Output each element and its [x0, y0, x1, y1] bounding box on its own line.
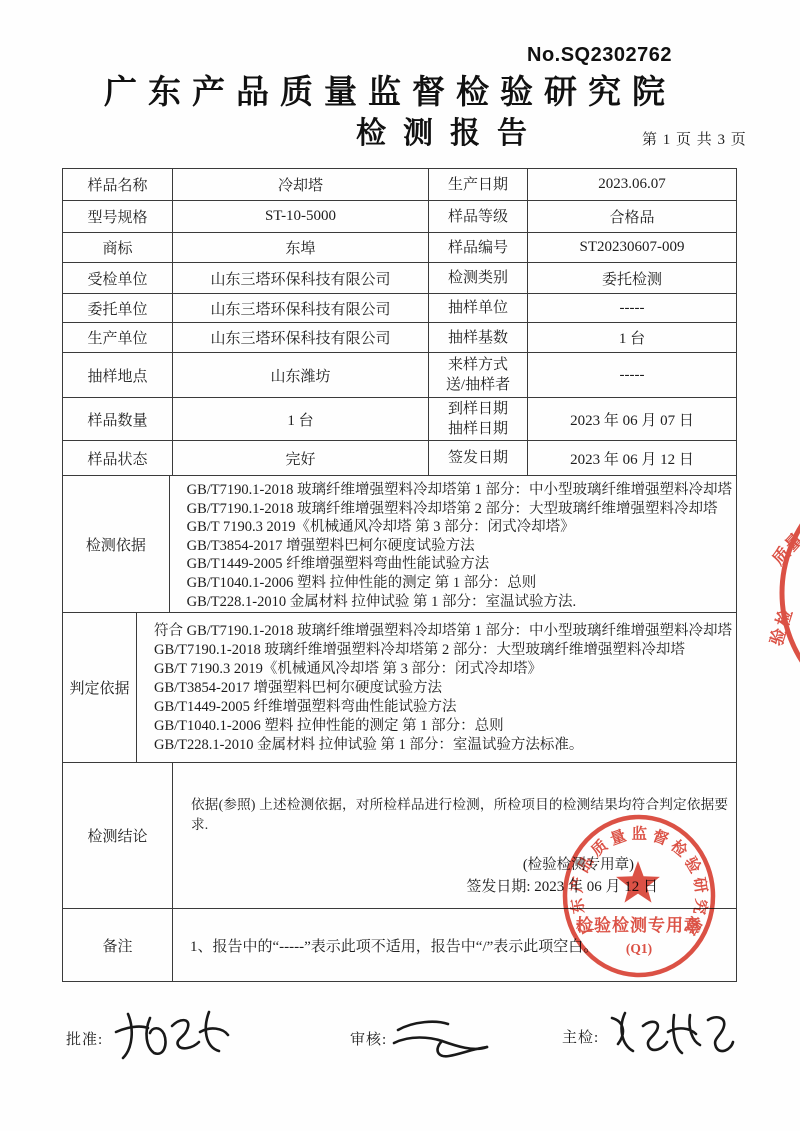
table-cell-value: -----	[528, 294, 736, 322]
standard-line: GB/T 7190.3 2019《机械通风冷却塔 第 3 部分：闭式冷却塔》	[187, 518, 732, 537]
table-cell-value: 委托检测	[528, 263, 736, 293]
table-cell-label: 来样方式 送/抽样者	[429, 353, 528, 397]
table-row: 生产单位山东三塔环保科技有限公司抽样基数1 台	[63, 323, 736, 353]
reviewer-signature	[390, 1014, 495, 1064]
page-number: 第 1 页 共 3 页	[642, 128, 747, 149]
table-cell-label: 生产日期	[429, 169, 528, 200]
standard-line: GB/T228.1-2010 金属材料 拉伸试验 第 1 部分：室温试验方法标准…	[154, 736, 732, 755]
table-row: 样品状态完好签发日期2023 年 06 月 12 日	[63, 441, 736, 476]
table-row: 样品数量1 台到样日期 抽样日期2023 年 06 月 07 日	[63, 398, 736, 441]
conclusion-label: 检测结论	[63, 763, 173, 908]
table-row: 商标东埠样品编号ST20230607-009	[63, 233, 736, 263]
table-row: 委托单位山东三塔环保科技有限公司抽样单位-----	[63, 294, 736, 323]
table-cell-label: 抽样地点	[63, 353, 173, 397]
report-number: No.SQ2302762	[527, 44, 672, 67]
review-label: 审核:	[350, 1028, 387, 1049]
seal-note: (检验检测专用章)	[523, 853, 634, 874]
remark-content: 1、报告中的“-----”表示此项不适用，报告中“/”表示此项空白。	[173, 909, 736, 981]
approver-signature	[112, 1006, 237, 1066]
section-conclusion: 检测结论 依据(参照) 上述检测依据，对所检样品进行检测，所检项目的检测结果均符…	[63, 763, 736, 909]
table-cell-label: 检测类别	[429, 263, 528, 293]
table-cell-value: 1 台	[528, 323, 736, 352]
report-page: No.SQ2302762 广东产品质量监督检验研究院 检测报告 第 1 页 共 …	[0, 0, 800, 1131]
partial-stamp-fragment2: 验检	[766, 604, 797, 648]
judgment-basis-content: 符合 GB/T7190.1-2018 玻璃纤维增强塑料冷却塔第 1 部分：中小型…	[137, 613, 736, 762]
standard-line: GB/T1040.1-2006 塑料 拉伸性能的测定 第 1 部分：总则	[187, 574, 732, 593]
table-cell-label: 受检单位	[63, 263, 173, 293]
standard-line: GB/T7190.1-2018 玻璃纤维增强塑料冷却塔第 2 部分：大型玻璃纤维…	[187, 500, 732, 519]
partial-stamp-fragment1: 质量	[768, 527, 800, 569]
standard-line: GB/T3854-2017 增强塑料巴柯尔硬度试验方法	[187, 537, 732, 556]
test-basis-content: GB/T7190.1-2018 玻璃纤维增强塑料冷却塔第 1 部分：中小型玻璃纤…	[170, 476, 736, 612]
partial-stamp: 质量 验检	[740, 470, 800, 720]
table-row: 样品名称冷却塔生产日期2023.06.07	[63, 169, 736, 201]
section-judgment-basis: 判定依据 符合 GB/T7190.1-2018 玻璃纤维增强塑料冷却塔第 1 部…	[63, 613, 736, 763]
section-test-basis: 检测依据 GB/T7190.1-2018 玻璃纤维增强塑料冷却塔第 1 部分：中…	[63, 476, 736, 613]
table-cell-value: -----	[528, 353, 736, 397]
remark-text: 1、报告中的“-----”表示此项不适用，报告中“/”表示此项空白。	[190, 935, 598, 956]
table-cell-value: 1 台	[173, 398, 429, 440]
table-cell-label: 样品名称	[63, 169, 173, 200]
table-cell-label: 抽样基数	[429, 323, 528, 352]
test-basis-label: 检测依据	[63, 476, 170, 612]
issue-date: 签发日期: 2023 年 06 月 12 日	[466, 875, 658, 896]
table-cell-value: 2023 年 06 月 07 日	[528, 398, 736, 440]
page-title: 广东产品质量监督检验研究院	[0, 66, 790, 113]
table-cell-label: 样品等级	[429, 201, 528, 232]
inspector-signature	[602, 1004, 737, 1068]
table-row: 抽样地点山东潍坊来样方式 送/抽样者-----	[63, 353, 736, 398]
judgment-basis-label: 判定依据	[63, 613, 137, 762]
table-cell-value: ST-10-5000	[173, 201, 429, 232]
standard-line: GB/T 7190.3 2019《机械通风冷却塔 第 3 部分：闭式冷却塔》	[154, 660, 732, 679]
table-cell-label: 签发日期	[429, 441, 528, 475]
table-cell-value: 2023 年 06 月 12 日	[528, 441, 736, 475]
table-cell-label: 型号规格	[63, 201, 173, 232]
table-row: 型号规格ST-10-5000样品等级合格品	[63, 201, 736, 233]
table-cell-label: 抽样单位	[429, 294, 528, 322]
table-row: 受检单位山东三塔环保科技有限公司检测类别委托检测	[63, 263, 736, 294]
table-cell-value: 合格品	[528, 201, 736, 232]
standard-line: GB/T7190.1-2018 玻璃纤维增强塑料冷却塔第 2 部分：大型玻璃纤维…	[154, 641, 732, 660]
standard-line: 符合 GB/T7190.1-2018 玻璃纤维增强塑料冷却塔第 1 部分：中小型…	[154, 622, 732, 641]
table-cell-value: 2023.06.07	[528, 169, 736, 200]
partial-stamp-ring	[782, 470, 800, 719]
inspect-label: 主检:	[562, 1026, 599, 1047]
approve-label: 批准:	[66, 1028, 103, 1049]
info-table: 样品名称冷却塔生产日期2023.06.07型号规格ST-10-5000样品等级合…	[63, 169, 736, 476]
section-remark: 备注 1、报告中的“-----”表示此项不适用，报告中“/”表示此项空白。	[63, 909, 736, 981]
table-cell-label: 委托单位	[63, 294, 173, 322]
report-table: 样品名称冷却塔生产日期2023.06.07型号规格ST-10-5000样品等级合…	[62, 168, 737, 982]
table-cell-label: 样品编号	[429, 233, 528, 262]
standard-line: GB/T228.1-2010 金属材料 拉伸试验 第 1 部分：室温试验方法.	[187, 593, 732, 612]
table-cell-label: 样品数量	[63, 398, 173, 440]
remark-label: 备注	[63, 909, 173, 981]
table-cell-value: 冷却塔	[173, 169, 429, 200]
standard-line: GB/T3854-2017 增强塑料巴柯尔硬度试验方法	[154, 679, 732, 698]
table-cell-value: 东埠	[173, 233, 429, 262]
table-cell-value: 完好	[173, 441, 429, 475]
standard-line: GB/T1449-2005 纤维增强塑料弯曲性能试验方法	[154, 698, 732, 717]
table-cell-label: 生产单位	[63, 323, 173, 352]
table-cell-label: 到样日期 抽样日期	[429, 398, 528, 440]
table-cell-value: 山东三塔环保科技有限公司	[173, 263, 429, 293]
standard-line: GB/T1449-2005 纤维增强塑料弯曲性能试验方法	[187, 555, 732, 574]
table-cell-value: ST20230607-009	[528, 233, 736, 262]
table-cell-value: 山东三塔环保科技有限公司	[173, 323, 429, 352]
standard-line: GB/T1040.1-2006 塑料 拉伸性能的测定 第 1 部分：总则	[154, 717, 732, 736]
table-cell-value: 山东三塔环保科技有限公司	[173, 294, 429, 322]
conclusion-text: 依据(参照) 上述检测依据，对所检样品进行检测，所检项目的检测结果均符合判定依据…	[173, 763, 736, 833]
table-cell-value: 山东潍坊	[173, 353, 429, 397]
conclusion-content: 依据(参照) 上述检测依据，对所检样品进行检测，所检项目的检测结果均符合判定依据…	[173, 763, 736, 908]
table-cell-label: 样品状态	[63, 441, 173, 475]
standard-line: GB/T7190.1-2018 玻璃纤维增强塑料冷却塔第 1 部分：中小型玻璃纤…	[187, 481, 732, 500]
table-cell-label: 商标	[63, 233, 173, 262]
